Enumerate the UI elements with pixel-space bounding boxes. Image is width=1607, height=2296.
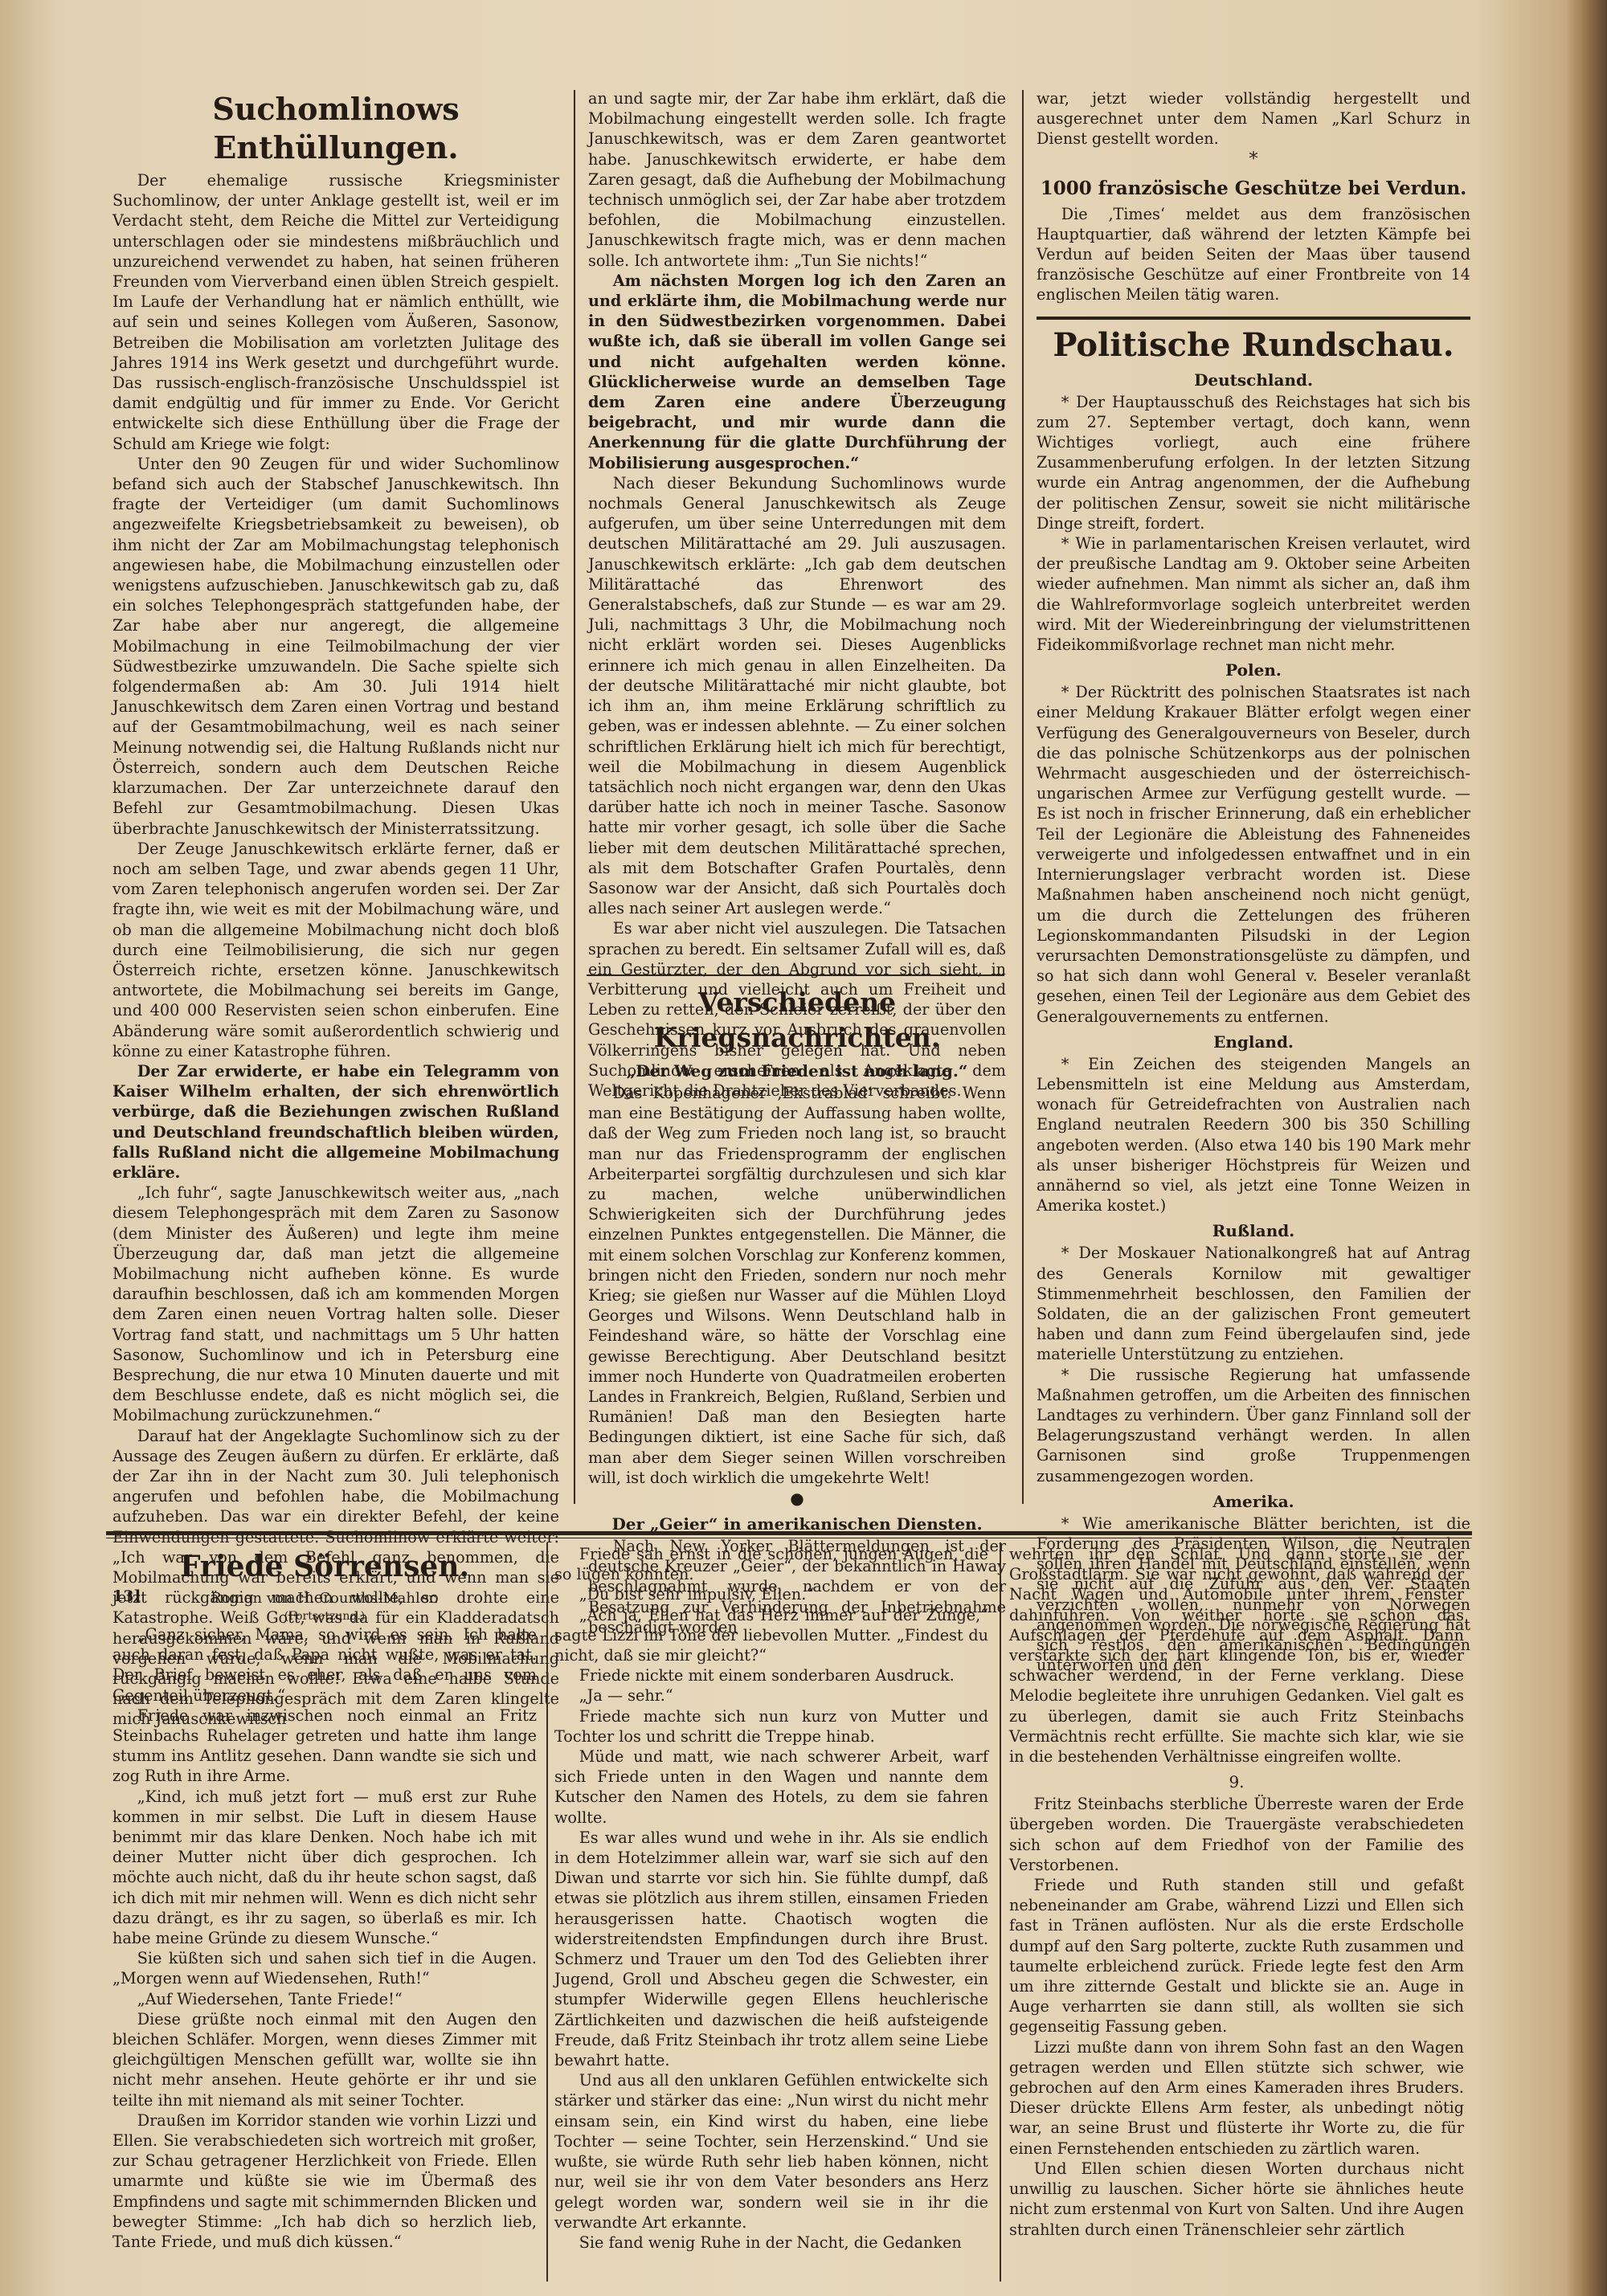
section-heading-amerika: Amerika.	[1037, 1489, 1470, 1514]
paragraph: * Ein Zeichen des steigenden Mangels an …	[1037, 1054, 1470, 1216]
newspaper-page: Suchomlinows Enthüllungen. Der ehemalige…	[0, 0, 1607, 2296]
column-divider	[1000, 1542, 1001, 2282]
column-divider	[1022, 90, 1024, 1504]
headline-kriegsnachrichten: Verschiedene Kriegsnachrichten.	[588, 985, 1006, 1056]
paragraph: Unter den 90 Zeugen für und wider Suchom…	[112, 454, 559, 839]
roman-continued: (Fortsetzung.)	[112, 1608, 537, 1624]
paragraph: „Du bist sehr impulsiv, Ellen.“	[554, 1584, 988, 1604]
paragraph: * Der Rücktritt des polnischen Staatsrat…	[1037, 682, 1470, 1026]
section-heading-deutschland: Deutschland.	[1037, 368, 1470, 392]
paragraph: Nach dieser Bekundung Suchomlinows wurde…	[588, 473, 1006, 918]
headline-suchomlinow: Suchomlinows Enthüllungen.	[112, 90, 559, 167]
paragraph: Es war alles wund und wehe in ihr. Als s…	[554, 1828, 988, 2070]
paragraph: Die ‚Times‘ meldet aus dem französischen…	[1037, 204, 1470, 305]
section-divider	[1037, 308, 1470, 320]
headline-rundschau: Politische Rundschau.	[1037, 326, 1470, 365]
paragraph: „Ich fuhr“, sagte Januschkewitsch weiter…	[112, 1183, 559, 1425]
paragraph: „Auf Wiedersehen, Tante Friede!“	[112, 1989, 537, 2009]
paragraph: Müde und matt, wie nach schwerer Arbeit,…	[554, 1747, 988, 1828]
paragraph: Sie fand wenig Ruhe in der Nacht, die Ge…	[554, 2233, 988, 2253]
installment-number: 13]	[112, 1587, 141, 1605]
paragraph: * Der Moskauer Nationalkongreß hat auf A…	[1037, 1243, 1470, 1364]
column-divider	[546, 1542, 548, 2282]
paragraph: Draußen im Korridor standen wie vorhin L…	[112, 2110, 537, 2252]
paragraph: Der ehemalige russische Kriegsminister S…	[112, 170, 559, 454]
paragraph: „Ach ja, Ellen hat das Herz immer auf de…	[554, 1605, 988, 1666]
paragraph: * Der Hauptausschuß des Reichstages hat …	[1037, 392, 1470, 533]
paragraph: Der Zeuge Januschkewitsch erklärte ferne…	[112, 839, 559, 1061]
subheadline-weg-zum-frieden: „Der Weg zum Frieden ist noch lang.“	[588, 1059, 1006, 1083]
separator-dot: ●	[588, 1488, 1006, 1509]
paragraph: „Ja — sehr.“	[554, 1685, 988, 1706]
roman-column-2: Friede sah ernst in die schönen, jungen …	[554, 1544, 988, 2253]
column-3-upper: war, jetzt wieder vollständig hergestell…	[1037, 88, 1470, 1675]
chapter-number: 9.	[1009, 1770, 1464, 1794]
paragraph: Friede sah ernst in die schönen, jungen …	[554, 1544, 988, 1584]
section-heading-russland: Rußland.	[1037, 1219, 1470, 1243]
column-divider	[574, 90, 575, 1504]
feuilleton-divider-thin	[106, 1538, 1472, 1538]
roman-byline: Roman von H. Courths-Mahler.	[112, 1589, 537, 1608]
section-heading-england: England.	[1037, 1030, 1470, 1054]
column-2-kriegsnachrichten: Verschiedene Kriegsnachrichten. „Der Weg…	[588, 982, 1006, 1637]
paragraph: Friede und Ruth standen still und gefaßt…	[1009, 1875, 1464, 2037]
paragraph: Friede nickte mit einem sonderbaren Ausd…	[554, 1665, 988, 1685]
paragraph: „Kind, ich muß jetzt fort — muß erst zur…	[112, 1787, 537, 1949]
separator-asterisk: *	[1037, 149, 1470, 170]
paragraph: Das Kopenhagener ‚Ekstrablad‘ schreibt: …	[588, 1083, 1006, 1488]
paragraph: Fritz Steinbachs sterbliche Überreste wa…	[1009, 1794, 1464, 1875]
paragraph: Lizzi mußte dann von ihrem Sohn fast an …	[1009, 2037, 1464, 2159]
paragraph: Und Ellen schien diesen Worten durchaus …	[1009, 2159, 1464, 2240]
paragraph: Diese grüßte noch einmal mit den Augen d…	[112, 2009, 537, 2110]
column-2-upper: an und sagte mir, der Zar habe ihm erklä…	[588, 88, 1006, 1101]
roman-column-3: wehrten ihr den Schlaf. Und dann störte …	[1009, 1544, 1464, 2240]
paragraph: Friede machte sich nun kurz von Mutter u…	[554, 1706, 988, 1747]
paragraph: „Ganz sicher, Mama, so wird es sein. Ich…	[112, 1624, 537, 1706]
roman-column-1: Friede Sörrensen. Roman von H. Courths-M…	[112, 1544, 537, 2252]
paragraph: war, jetzt wieder vollständig hergestell…	[1037, 88, 1470, 149]
paragraph: Und aus all den unklaren Gefühlen entwic…	[554, 2070, 988, 2233]
feuilleton-divider	[106, 1531, 1472, 1535]
paragraph-bold: Der Zar erwiderte, er habe ein Telegramm…	[112, 1061, 559, 1183]
paragraph: * Die russische Regierung hat umfassende…	[1037, 1365, 1470, 1486]
column-1-upper: Suchomlinows Enthüllungen. Der ehemalige…	[112, 87, 559, 1730]
section-heading-polen: Polen.	[1037, 658, 1470, 682]
section-divider	[587, 974, 1004, 976]
paragraph: * Wie in parlamentarischen Kreisen verla…	[1037, 533, 1470, 655]
page-edge	[1567, 0, 1607, 2296]
paragraph: an und sagte mir, der Zar habe ihm erklä…	[588, 88, 1006, 271]
headline-verdun: 1000 französische Geschütze bei Verdun.	[1037, 175, 1470, 202]
paragraph: Friede war inzwischen noch einmal an Fri…	[112, 1706, 537, 1787]
paragraph-bold: Am nächsten Morgen log ich den Zaren an …	[588, 271, 1006, 473]
headline-roman: Friede Sörrensen.	[112, 1547, 537, 1586]
paragraph: wehrten ihr den Schlaf. Und dann störte …	[1009, 1544, 1464, 1767]
paragraph: Sie küßten sich und sahen sich tief in d…	[112, 1948, 537, 1988]
